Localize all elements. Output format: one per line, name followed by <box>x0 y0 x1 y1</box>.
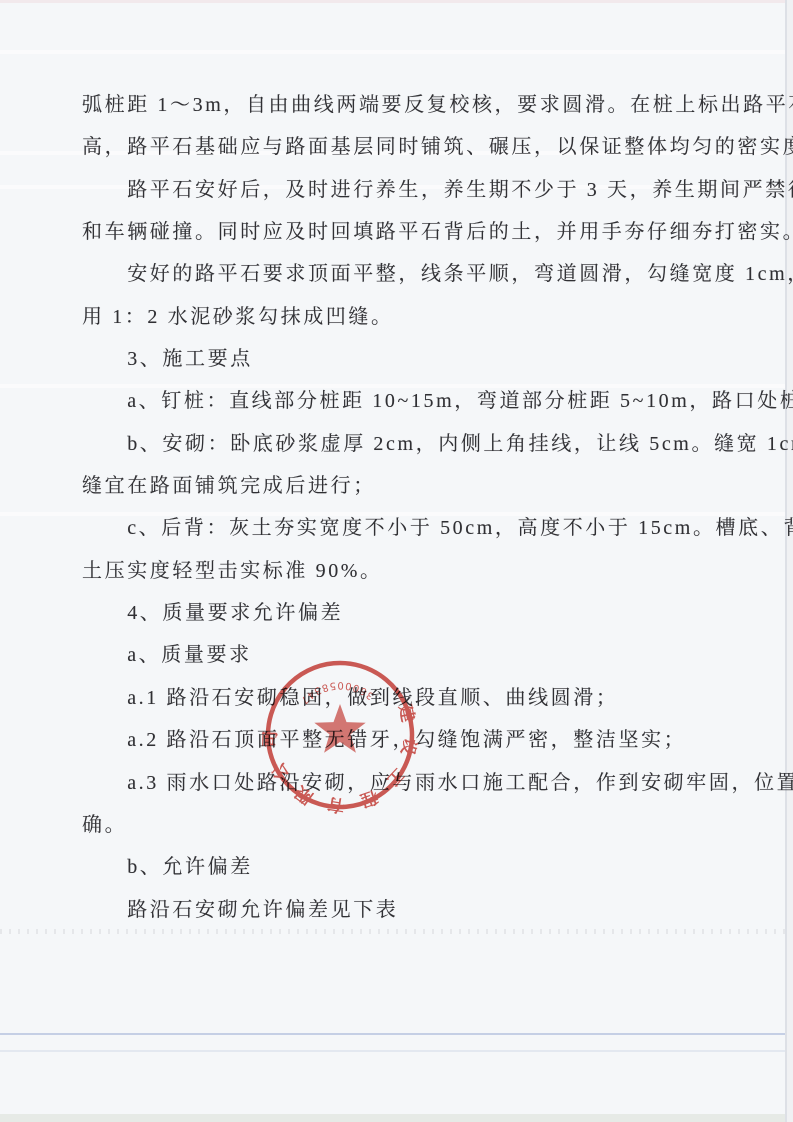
seal-star-icon <box>314 704 365 753</box>
text-line: 和车辆碰撞。同时应及时回填路平石背后的土，并用手夯仔细夯打密实。 <box>82 211 778 253</box>
text-line: 路平石安好后，及时进行养生，养生期不少于 3 天，养生期间严禁行人 <box>82 169 778 211</box>
text-line: b、允许偏差 <box>82 846 778 888</box>
text-line: 路沿石安砌允许偏差见下表 <box>82 889 778 931</box>
text-line: b、安砌：卧底砂浆虚厚 2cm，内侧上角挂线，让线 5cm。缝宽 1cm，勾 <box>82 423 778 465</box>
scan-streak <box>0 50 793 54</box>
scanned-document-page: 弧桩距 1～3m，自由曲线两端要反复校核，要求圆滑。在桩上标出路平石顶 高，路平… <box>0 0 793 1122</box>
scan-edge-right <box>785 0 793 1122</box>
text-line: 弧桩距 1～3m，自由曲线两端要反复校核，要求圆滑。在桩上标出路平石顶 <box>82 84 778 126</box>
text-line-section-heading: 4、质量要求允许偏差 <box>82 592 778 634</box>
text-line: 土压实度轻型击实标准 90%。 <box>82 550 778 592</box>
text-line: a.1 路沿石安砌稳固，做到线段直顺、曲线圆滑； <box>82 677 778 719</box>
document-text-block: 弧桩距 1～3m，自由曲线两端要反复校核，要求圆滑。在桩上标出路平石顶 高，路平… <box>82 84 778 931</box>
seal-serial-number: 3600058347 <box>295 676 376 708</box>
text-line: 用 1：2 水泥砂浆勾抹成凹缝。 <box>82 296 778 338</box>
text-line: 确。 <box>82 804 778 846</box>
company-seal-stamp: 建设工程有限公司 3600058347 <box>255 650 425 820</box>
text-line: a、钉桩：直线部分桩距 10~15m，弯道部分桩距 5~10m，路口处桩距 1~… <box>82 380 778 422</box>
text-line-section-heading: 3、施工要点 <box>82 338 778 380</box>
scan-line-faint <box>0 1050 793 1052</box>
text-line: a、质量要求 <box>82 634 778 676</box>
text-line: a.3 雨水口处路沿安砌，应与雨水口施工配合，作到安砌牢固，位置准 <box>82 762 778 804</box>
text-line: 缝宜在路面铺筑完成后进行； <box>82 465 778 507</box>
text-line: 安好的路平石要求顶面平整，线条平顺，弯道圆滑，勾缝宽度 1cm，并 <box>82 253 778 295</box>
text-line: 高，路平石基础应与路面基层同时铺筑、碾压，以保证整体均匀的密实度。 <box>82 126 778 168</box>
text-line: c、后背：灰土夯实宽度不小于 50cm，高度不小于 15cm。槽底、背后填 <box>82 507 778 549</box>
text-line: a.2 路沿石顶面平整无错牙，勾缝饱满严密，整洁坚实； <box>82 719 778 761</box>
scan-edge-top <box>0 0 793 3</box>
scan-edge-bottom <box>0 1114 793 1122</box>
scan-line-blue <box>0 1033 793 1035</box>
seal-serial-holder: 3600058347 <box>295 676 376 708</box>
